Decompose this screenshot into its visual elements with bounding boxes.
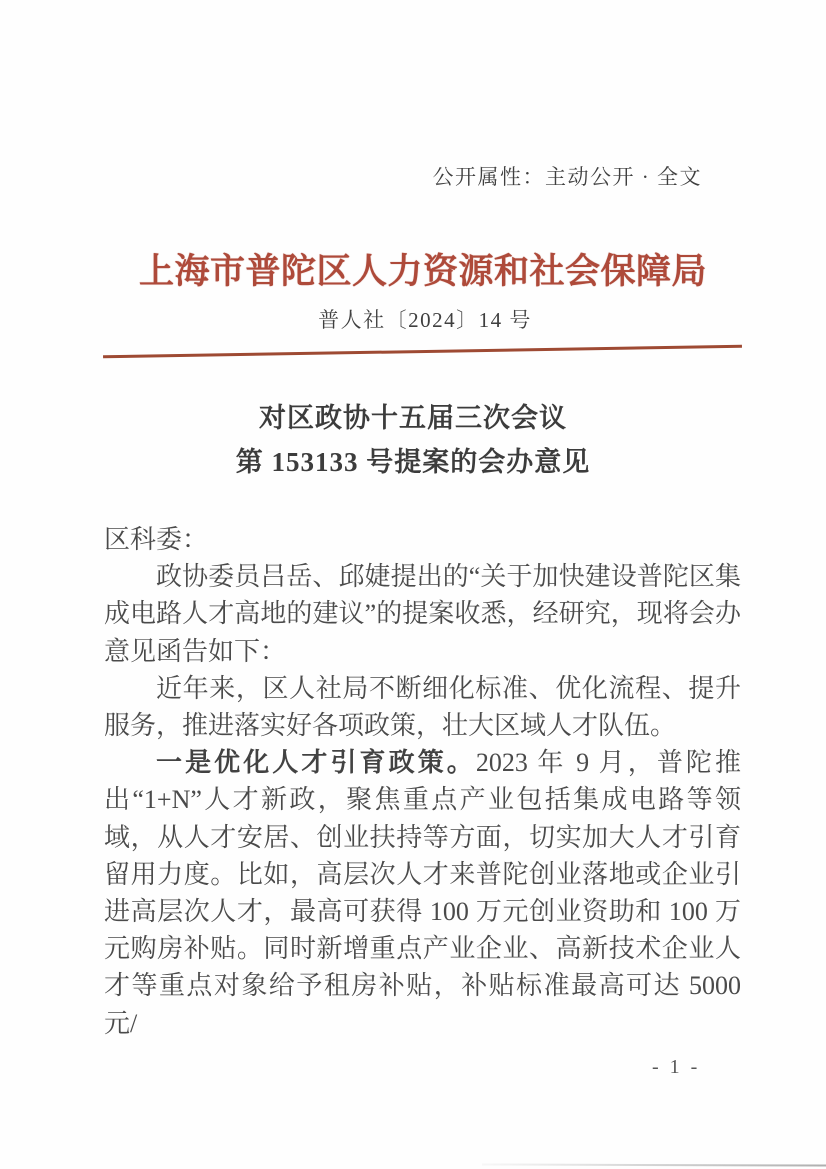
letterhead-divider-line	[103, 345, 742, 358]
page-number: - 1 -	[652, 1056, 700, 1079]
paragraph-policy-measures-lead: 一是优化人才引育政策。	[156, 748, 476, 777]
document-body: 区科委： 政协委员吕岳、邱婕提出的“关于加快建设普陀区集成电路人才高地的建议”的…	[104, 521, 741, 1042]
document-title-line1: 对区政协十五届三次会议	[0, 396, 826, 440]
scan-edge-artifact	[482, 1163, 826, 1166]
paragraph-policy-measures-text: 2023 年 9 月，普陀推出“1+N”人才新政，聚焦重点产业包括集成电路等领域…	[104, 748, 741, 1037]
publicity-attribute-label: 公开属性：主动公开 · 全文	[433, 161, 703, 191]
document-title: 对区政协十五届三次会议 第 153133 号提案的会办意见	[0, 396, 826, 484]
document-reference-number: 普人社〔2024〕14 号	[12, 304, 826, 334]
paragraph-proposal-receipt: 政协委员吕岳、邱婕提出的“关于加快建设普陀区集成电路人才高地的建议”的提案收悉，…	[104, 558, 741, 670]
paragraph-policy-measures: 一是优化人才引育政策。2023 年 9 月，普陀推出“1+N”人才新政，聚焦重点…	[104, 744, 741, 1042]
salutation-line: 区科委：	[104, 521, 741, 558]
paragraph-overview: 近年来，区人社局不断细化标准、优化流程、提升服务，推进落实好各项政策，壮大区域人…	[104, 670, 741, 744]
agency-letterhead-title: 上海市普陀区人力资源和社会保障局	[10, 244, 826, 294]
document-title-line2: 第 153133 号提案的会办意见	[0, 440, 826, 484]
document-page: 公开属性：主动公开 · 全文 上海市普陀区人力资源和社会保障局 普人社〔2024…	[0, 0, 826, 1169]
